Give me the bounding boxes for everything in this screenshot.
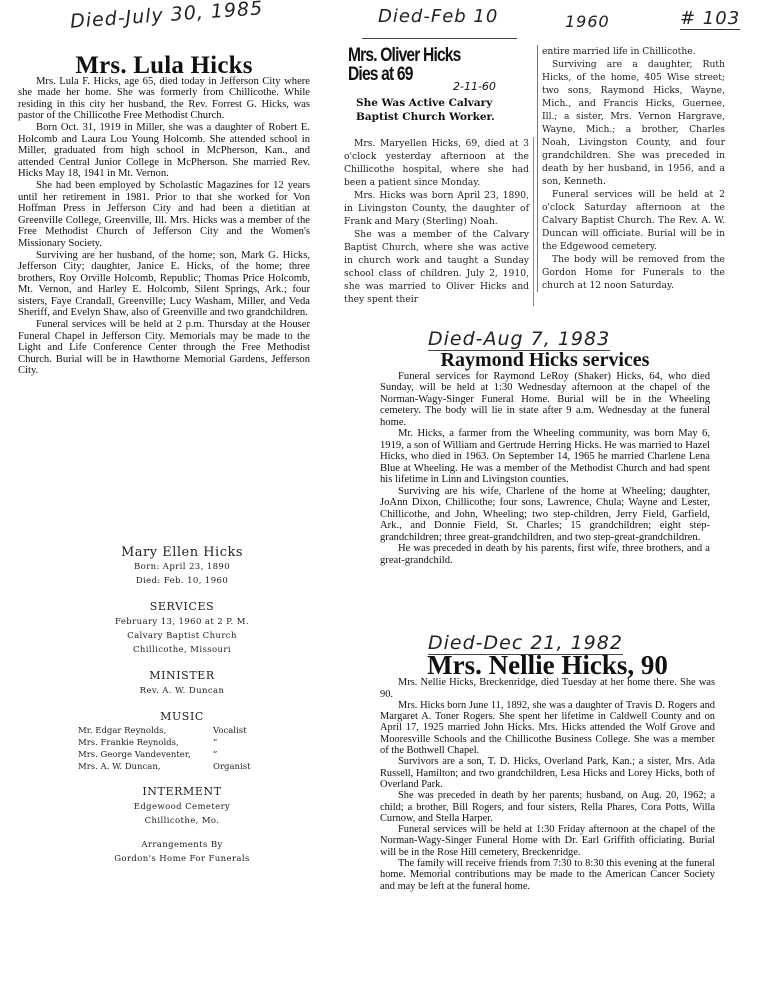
card-died: Died: Feb. 10, 1960 <box>62 574 302 588</box>
obituary-paragraph: Mrs. Lula F. Hicks, age 65, died today i… <box>18 76 310 122</box>
card-music-heading: MUSIC <box>62 710 302 723</box>
card-arrangements-line: Gordon's Home For Funerals <box>62 852 302 866</box>
obituary-paragraph: She was preceded in death by her parents… <box>380 790 715 824</box>
obituary-paragraph: Funeral services will be held at 1:30 Fr… <box>380 824 715 858</box>
obituary-title: Mrs. Nellie Hicks, 90 <box>380 660 715 671</box>
handwritten-page-number: # 103 <box>680 8 740 30</box>
card-deceased-name: Mary Ellen Hicks <box>62 545 302 560</box>
obituary-paragraph: Mrs. Nellie Hicks, Breckenridge, died Tu… <box>380 677 715 700</box>
obituary-title: Mrs. Lula Hicks <box>18 60 310 72</box>
obituary-title: Mrs. Oliver Hicks <box>348 46 496 65</box>
obituary-paragraph: Survivors are a son, T. D. Hicks, Overla… <box>380 756 715 790</box>
obituary-paragraph: Mrs. Maryellen Hicks, 69, died at 3 o'cl… <box>344 137 529 189</box>
obituary-raymond-hicks: Raymond Hicks services Funeral services … <box>380 355 710 566</box>
obituary-paragraph: Surviving are his wife, Charlene of the … <box>380 486 710 544</box>
funeral-program-card: Mary Ellen Hicks Born: April 23, 1890 Di… <box>62 545 302 866</box>
divider <box>362 38 517 39</box>
card-interment-line: Edgewood Cemetery <box>62 800 302 814</box>
obituary-paragraph: Funeral services will be held at 2 o'clo… <box>542 188 725 253</box>
card-minister-heading: MINISTER <box>62 669 302 682</box>
card-music-row: Mrs. A. W. Duncan,Organist <box>62 761 302 773</box>
handwritten-death-date-oliver: Died-Feb 10 <box>378 6 498 27</box>
card-services-line: Calvary Baptist Church <box>62 629 302 643</box>
card-services-heading: SERVICES <box>62 600 302 613</box>
obituary-paragraph: Mrs. Hicks born June 11, 1892, she was a… <box>380 700 715 756</box>
card-born: Born: April 23, 1890 <box>62 560 302 574</box>
obituary-paragraph: Funeral services for Raymond LeRoy (Shak… <box>380 371 710 429</box>
obituary-paragraph: The family will receive friends from 7:3… <box>380 858 715 892</box>
obituary-nellie-hicks: Mrs. Nellie Hicks, 90 Mrs. Nellie Hicks,… <box>380 660 715 892</box>
card-minister: Rev. A. W. Duncan <box>62 684 302 698</box>
obituary-oliver-column-2: entire married life in Chillicothe. Surv… <box>537 45 725 292</box>
card-interment-heading: INTERMENT <box>62 785 302 798</box>
card-music-row: Mr. Edgar Reynolds,Vocalist <box>62 725 302 737</box>
obituary-paragraph: Mr. Hicks, a farmer from the Wheeling co… <box>380 428 710 486</box>
handwritten-date: 2-11-60 <box>453 80 496 93</box>
obituary-paragraph: She was a member of the Calvary Baptist … <box>344 228 529 306</box>
card-music-row: Mrs. George Vandeventer,” <box>62 749 302 761</box>
obituary-paragraph: The body will be removed from the Gordon… <box>542 253 725 292</box>
obituary-paragraph: He was preceded in death by his parents,… <box>380 543 710 566</box>
obituary-paragraph: She had been employed by Scholastic Maga… <box>18 180 310 250</box>
handwritten-death-year-oliver: 1960 <box>565 12 610 31</box>
card-services-line: Chillicothe, Missouri <box>62 643 302 657</box>
card-services-line: February 13, 1960 at 2 P. M. <box>62 615 302 629</box>
obituary-subtitle: She Was Active Calvary Baptist Church Wo… <box>356 96 528 124</box>
obituary-paragraph: Mrs. Hicks was born April 23, 1890, in L… <box>344 189 529 228</box>
card-music-row: Mrs. Frankie Reynolds,” <box>62 737 302 749</box>
obituary-paragraph: Born Oct. 31, 1919 in Miller, she was a … <box>18 122 310 180</box>
obituary-title: Raymond Hicks services <box>380 355 710 367</box>
obituary-paragraph: Surviving are a daughter, Ruth Hicks, of… <box>542 58 725 188</box>
card-interment-line: Chillicothe, Mo. <box>62 814 302 828</box>
obituary-lula-hicks: Mrs. Lula Hicks Mrs. Lula F. Hicks, age … <box>18 60 310 377</box>
handwritten-death-date-lula: Died-July 30, 1985 <box>69 0 263 33</box>
obituary-paragraph: entire married life in Chillicothe. <box>542 45 725 58</box>
obituary-oliver-column-1: Mrs. Maryellen Hicks, 69, died at 3 o'cl… <box>344 137 534 306</box>
card-arrangements-line: Arrangements By <box>62 838 302 852</box>
obituary-oliver-hicks-headline: Mrs. Oliver Hicks Dies at 69 2-11-60 She… <box>348 46 528 124</box>
handwritten-death-date-raymond: Died-Aug 7, 1983 <box>428 328 610 351</box>
obituary-paragraph: Funeral services will be held at 2 p.m. … <box>18 319 310 377</box>
obituary-paragraph: Surviving are her husband, of the home; … <box>18 250 310 320</box>
